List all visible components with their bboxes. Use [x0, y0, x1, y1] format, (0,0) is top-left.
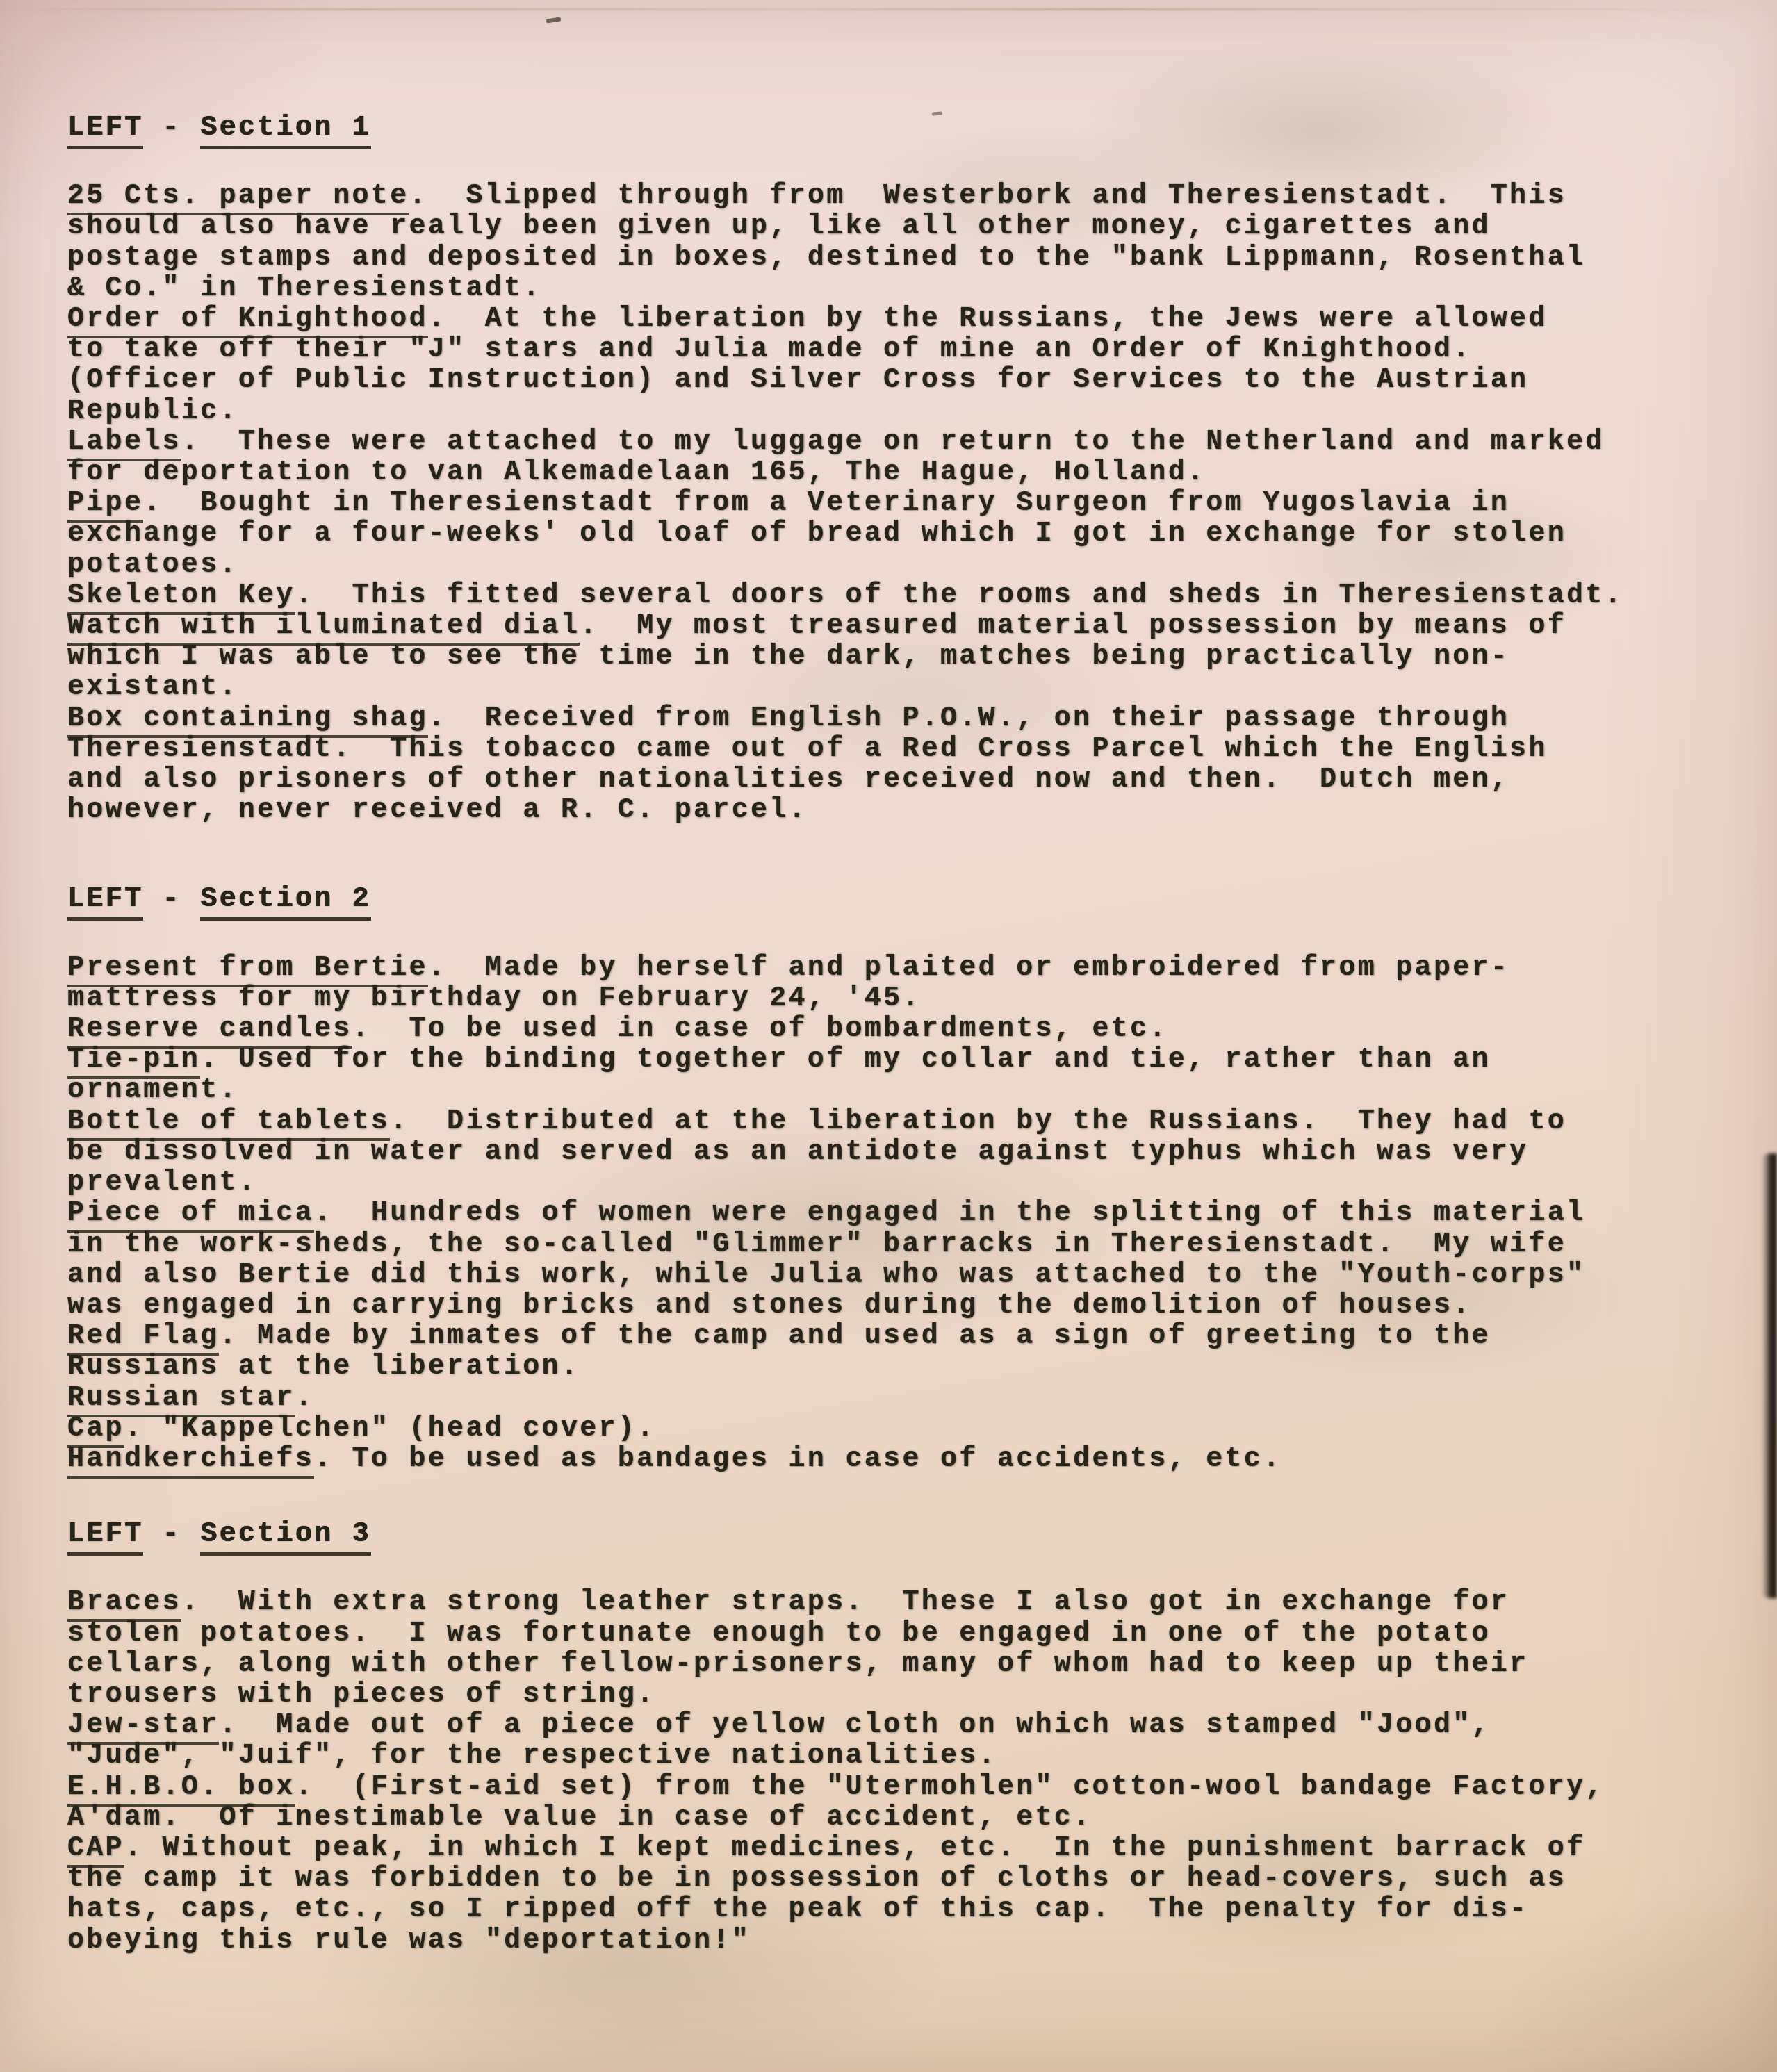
entry-term: Watch with illuminated dial	[67, 611, 580, 646]
entry-term: CAP	[67, 1833, 124, 1868]
entry-term: Red Flag	[67, 1321, 219, 1356]
entry-description: (First-aid set) from the "Utermohlen" co…	[67, 1772, 1605, 1834]
catalog-entry-jew-star: Jew-star. Made out of a piece of yellow …	[67, 1711, 1659, 1772]
catalog-entry-skeleton-key: Skeleton Key. This fitted several doors …	[67, 581, 1659, 611]
document-section-1: LEFT - Section 125 Cts. paper note. Slip…	[67, 113, 1659, 826]
section-heading: LEFT - Section 1	[67, 113, 1659, 144]
catalog-entry-russian-star: Russian star.	[67, 1383, 1659, 1414]
catalog-entry-watch-with-illuminated-dial: Watch with illuminated dial. My most tre…	[67, 611, 1659, 704]
stray-ink-mark-top	[546, 17, 562, 23]
entry-term: Box containing shag	[67, 703, 428, 738]
heading-section-label: Section 2	[200, 884, 371, 921]
entry-description: Used for the binding together of my coll…	[67, 1044, 1491, 1106]
entry-term: E.H.B.O. box	[67, 1772, 295, 1807]
catalog-entry-reserve-candles: Reserve candles. To be used in case of b…	[67, 1014, 1659, 1045]
entry-term: Pipe	[67, 488, 143, 523]
entry-description: Made out of a piece of yellow cloth on w…	[67, 1710, 1491, 1772]
entry-term: Skeleton Key	[67, 580, 295, 615]
paper-top-crease	[0, 8, 1777, 10]
catalog-entry-bottle-of-tablets: Bottle of tablets. Distributed at the li…	[67, 1107, 1659, 1199]
entry-term: Cap	[67, 1413, 124, 1448]
catalog-entry-piece-of-mica: Piece of mica. Hundreds of women were en…	[67, 1199, 1659, 1322]
entry-term: Labels	[67, 427, 181, 461]
entry-description: With extra strong leather straps. These …	[67, 1587, 1528, 1711]
entry-term: Bottle of tablets	[67, 1106, 390, 1141]
heading-section-label: Section 3	[200, 1519, 371, 1556]
document-section-3: LEFT - Section 3Braces. With extra stron…	[67, 1520, 1659, 1957]
entry-term: Piece of mica	[67, 1198, 314, 1233]
entry-description: This fitted several doors of the rooms a…	[352, 580, 1623, 611]
catalog-entry-box-containing-shag: Box containing shag. Received from Engli…	[67, 704, 1659, 827]
entry-term: Jew-star	[67, 1710, 219, 1745]
catalog-entry-cap: CAP. Without peak, in which I kept medic…	[67, 1834, 1659, 1957]
catalog-entry-red-flag: Red Flag. Made by inmates of the camp an…	[67, 1322, 1659, 1383]
document-page: LEFT - Section 125 Cts. paper note. Slip…	[0, 0, 1777, 2072]
entry-description: "Kappelchen" (head cover).	[163, 1413, 656, 1445]
heading-section-label: Section 1	[200, 113, 371, 149]
entry-term: 25 Cts. paper note	[67, 181, 409, 215]
entry-term: Tie-pin	[67, 1044, 200, 1079]
heading-side-label: LEFT	[67, 884, 143, 921]
document-section-2: LEFT - Section 2Present from Bertie. Mad…	[67, 885, 1659, 1475]
entry-term: Russian star	[67, 1383, 295, 1417]
catalog-entry-braces: Braces. With extra strong leather straps…	[67, 1588, 1659, 1711]
section-heading: LEFT - Section 2	[67, 885, 1659, 915]
section-heading: LEFT - Section 3	[67, 1520, 1659, 1550]
catalog-entry-handkerchiefs: Handkerchiefs. To be used as bandages in…	[67, 1445, 1659, 1475]
typewritten-text-block: LEFT - Section 125 Cts. paper note. Slip…	[67, 113, 1659, 1957]
entry-term: Present from Bertie	[67, 953, 428, 987]
entry-description: These were attached to my luggage on ret…	[67, 427, 1605, 488]
entry-term: Handkerchiefs	[67, 1444, 314, 1479]
scan-shadow-right-blob	[1755, 1515, 1777, 1605]
entry-term: Reserve candles	[67, 1014, 352, 1049]
catalog-entry-25-cts-paper-note: 25 Cts. paper note. Slipped through from…	[67, 181, 1659, 304]
catalog-entry-order-of-knighthood: Order of Knighthood. At the liberation b…	[67, 304, 1659, 427]
entry-term: Braces	[67, 1587, 181, 1622]
entry-description: To be used as bandages in case of accide…	[352, 1444, 1282, 1475]
heading-side-label: LEFT	[67, 1519, 143, 1556]
entry-description: Without peak, in which I kept medicines,…	[67, 1833, 1585, 1957]
catalog-entry-labels: Labels. These were attached to my luggag…	[67, 427, 1659, 488]
entry-description: Bought in Theresienstadt from a Veterina…	[67, 488, 1566, 580]
catalog-entry-pipe: Pipe. Bought in Theresienstadt from a Ve…	[67, 488, 1659, 581]
catalog-entry-e-h-b-o-box: E.H.B.O. box. (First-aid set) from the "…	[67, 1773, 1659, 1834]
catalog-entry-cap: Cap. "Kappelchen" (head cover).	[67, 1414, 1659, 1445]
heading-side-label: LEFT	[67, 113, 143, 149]
entry-description: To be used in case of bombardments, etc.	[409, 1014, 1168, 1045]
entry-term: Order of Knighthood	[67, 304, 428, 338]
entry-description: Made by inmates of the camp and used as …	[67, 1321, 1491, 1383]
catalog-entry-tie-pin: Tie-pin. Used for the binding together o…	[67, 1045, 1659, 1106]
catalog-entry-present-from-bertie: Present from Bertie. Made by herself and…	[67, 953, 1659, 1014]
